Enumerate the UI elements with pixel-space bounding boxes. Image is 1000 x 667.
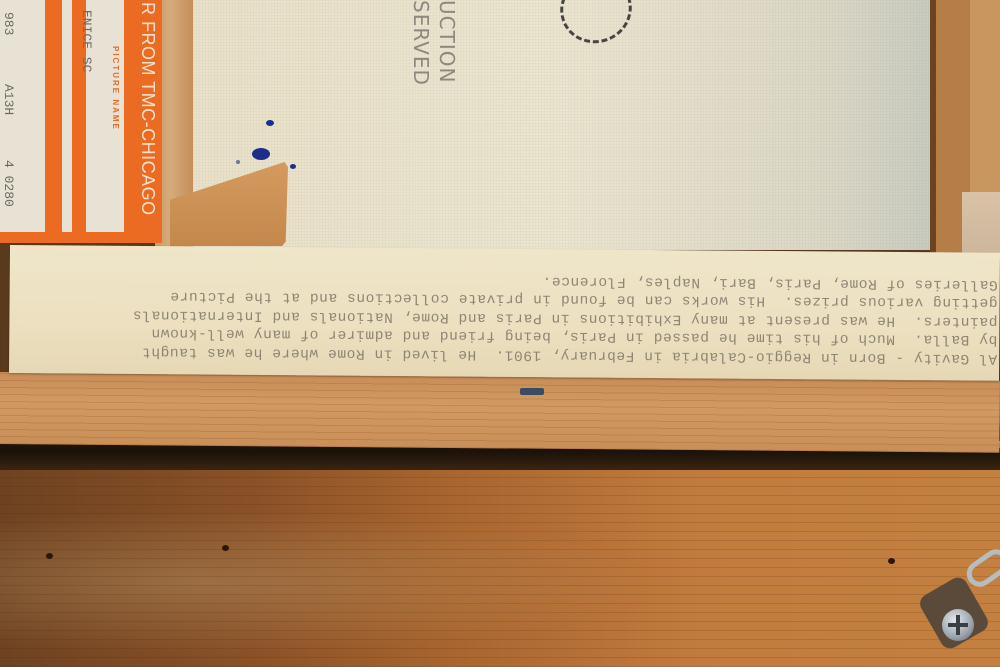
stamp-line-2: SERVED — [409, 0, 433, 86]
reproduction-stamp: UCTION SERVED — [408, 0, 460, 86]
stamp-line-1: UCTION — [435, 0, 459, 83]
framed-painting-back: UCTION SERVED 983 A13H 4 0280 TMC CONTRO… — [0, 0, 1000, 667]
screw-icon — [942, 609, 974, 641]
label-control-value-1: A13H — [1, 84, 16, 115]
staple-icon — [520, 388, 544, 395]
outer-frame — [0, 455, 1000, 667]
lower-stretcher-rail — [0, 372, 1000, 453]
nail-hole — [46, 553, 53, 559]
ink-spot — [266, 120, 274, 126]
ink-spot — [252, 148, 270, 160]
canvas-back — [190, 0, 935, 250]
label-header: R FROM TMC-CHICAGO — [137, 2, 158, 216]
label-control-value-2: 4 0280 — [1, 160, 16, 207]
ink-spot — [290, 164, 296, 169]
nail-hole — [222, 545, 229, 551]
label-control-title: TMC CONTROL — [46, 12, 62, 115]
masking-tape — [962, 192, 1000, 260]
nail-hole — [888, 558, 895, 564]
label-picture-name-caption: PICTURE NAME — [111, 46, 120, 131]
label-picture-name-value: ENICE SC — [79, 10, 94, 72]
label-divider — [62, 0, 72, 232]
ink-spot — [236, 160, 240, 164]
label-left-number: 983 — [1, 12, 16, 35]
biography-strip: Al Gavity - Born in Reggio-Calabria in F… — [9, 245, 1000, 381]
shipping-label: 983 A13H 4 0280 TMC CONTROL ENICE SC PIC… — [0, 0, 162, 243]
biography-text: Al Gavity - Born in Reggio-Calabria in F… — [57, 267, 998, 367]
